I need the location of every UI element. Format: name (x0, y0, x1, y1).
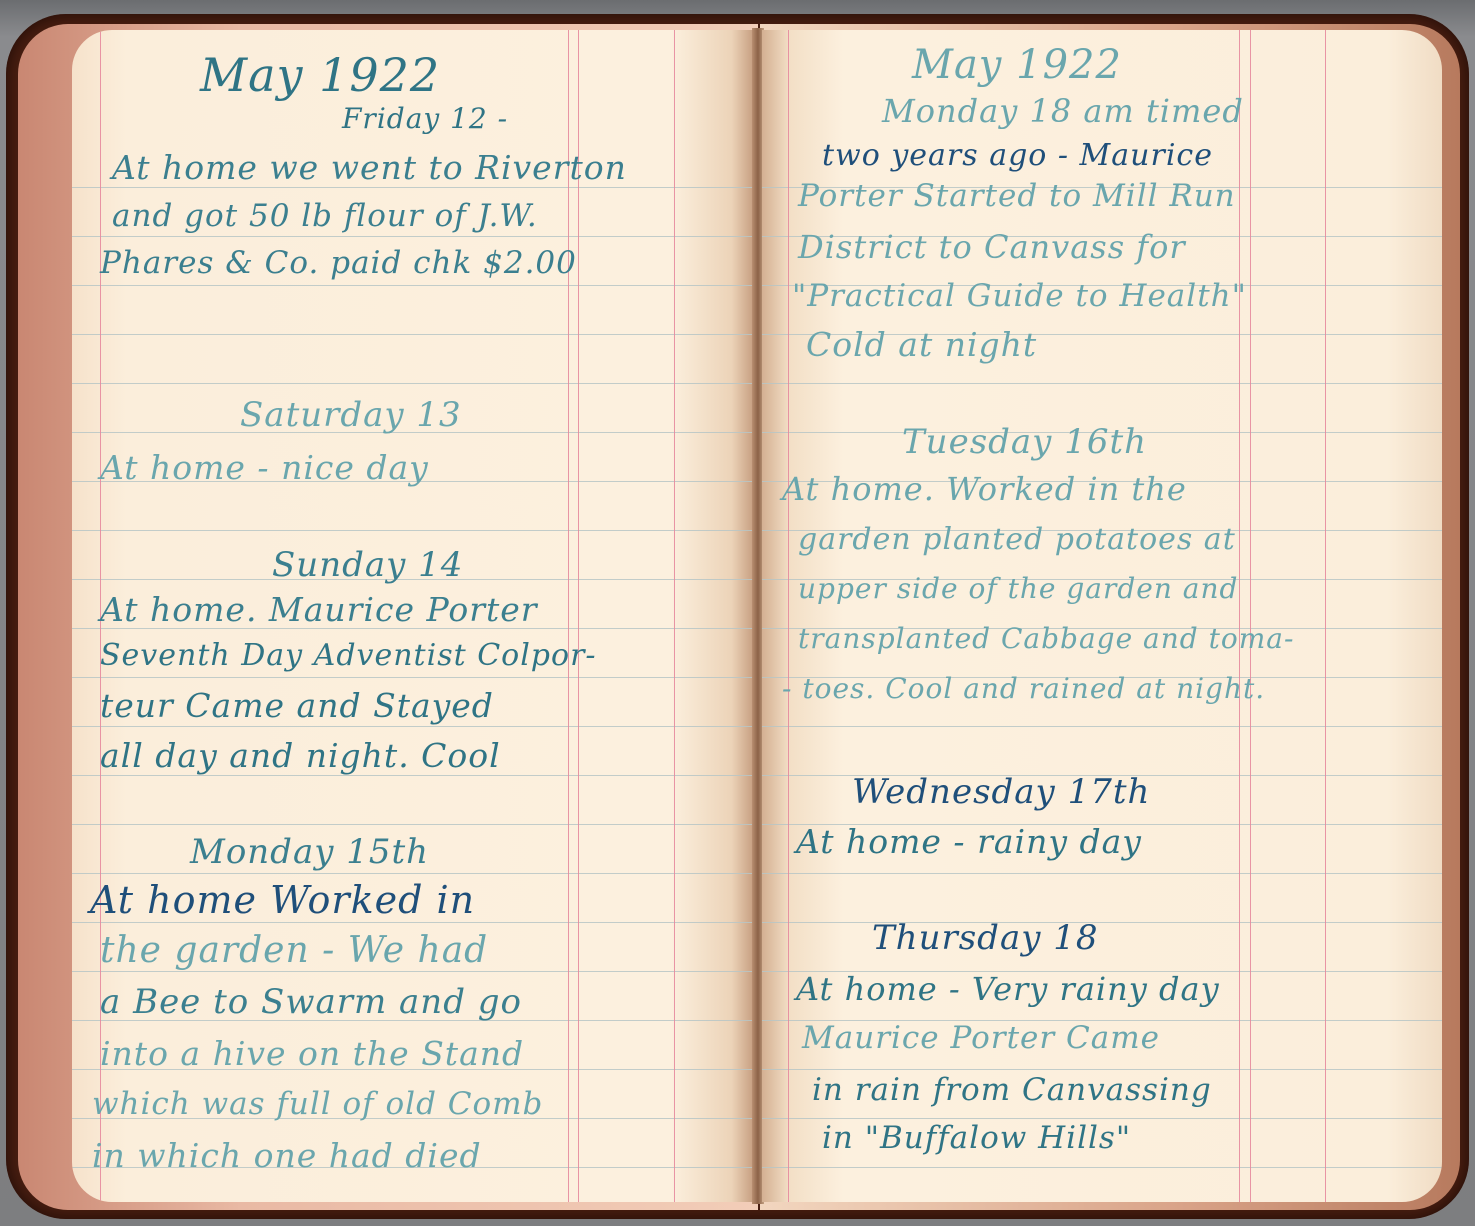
ruled-line (762, 1069, 1442, 1070)
entry-line: Cold at night (806, 325, 1037, 364)
ruled-line (72, 334, 752, 335)
margin-line (1250, 30, 1251, 1202)
right-page: May 1922 Monday 18 am timed two years ag… (762, 30, 1442, 1202)
entry-day: Monday 15th (190, 832, 429, 872)
entry-line: in "Buffalow Hills" (822, 1120, 1131, 1156)
ruled-line (762, 1167, 1442, 1168)
entry-day: Sunday 14 (272, 545, 463, 585)
ruled-line (762, 726, 1442, 727)
entry-line: At home - rainy day (796, 822, 1142, 861)
entry-line: District to Canvass for (798, 228, 1186, 266)
entry-line: a Bee to Swarm and go (100, 982, 522, 1022)
ruled-line (72, 824, 752, 825)
entry-day: Thursday 18 (872, 918, 1099, 958)
ruled-line (72, 922, 752, 923)
entry-day: Wednesday 17th (852, 772, 1150, 812)
entry-line: transplanted Cabbage and toma- (798, 622, 1294, 655)
margin-line (674, 30, 675, 1202)
margin-line (1325, 30, 1326, 1202)
entry-line: Seventh Day Adventist Colpor- (100, 638, 597, 673)
ruled-line (72, 187, 752, 188)
ruled-line (762, 873, 1442, 874)
ruled-line (72, 285, 752, 286)
entry-line: garden planted potatoes at (798, 522, 1236, 557)
margin-line (1239, 30, 1240, 1202)
ruled-line (72, 677, 752, 678)
entry-line: teur Came and Stayed (100, 686, 494, 725)
ruled-line (72, 530, 752, 531)
entry-line: and got 50 lb flour of J.W. (112, 198, 538, 234)
entry-line: At home. Worked in the (782, 470, 1187, 508)
margin-line (788, 30, 789, 1202)
entry-line: which was full of old Comb (92, 1086, 543, 1122)
ruled-line (72, 971, 752, 972)
ruled-line (72, 775, 752, 776)
entry-line: At home. Maurice Porter (100, 590, 538, 629)
ruled-line (762, 922, 1442, 923)
left-page: May 1922 Friday 12 - At home we went to … (72, 30, 752, 1202)
entry-line: "Practical Guide to Health" (792, 278, 1247, 314)
entry-line: the garden - We had (100, 930, 488, 971)
entry-day: Tuesday 16th (902, 422, 1147, 462)
ruled-line (72, 873, 752, 874)
entry-day: Friday 12 - (342, 102, 508, 135)
ruled-line (72, 383, 752, 384)
entry-day: Monday 18 am timed (882, 92, 1244, 130)
entry-line: in which one had died (92, 1136, 482, 1175)
entry-line: Phares & Co. paid chk $2.00 (100, 245, 577, 281)
entry-line: two years ago - Maurice (822, 138, 1213, 173)
month-header: May 1922 (200, 48, 440, 102)
entry-line: At home we went to Riverton (112, 148, 627, 187)
ruled-line (72, 726, 752, 727)
entry-line: upper side of the garden and (798, 572, 1238, 605)
entry-line: all day and night. Cool (100, 736, 501, 775)
entry-line: Porter Started to Mill Run (798, 178, 1236, 214)
entry-line: - toes. Cool and rained at night. (782, 672, 1265, 705)
entry-line: At home Worked in (90, 878, 475, 922)
ruled-line (72, 236, 752, 237)
entry-line: At home - nice day (100, 448, 429, 487)
month-header: May 1922 (912, 42, 1122, 88)
ruled-line (762, 1118, 1442, 1119)
margin-line (578, 30, 579, 1202)
entry-line: in rain from Canvassing (812, 1072, 1212, 1108)
margin-line (568, 30, 569, 1202)
entry-day: Saturday 13 (240, 395, 462, 435)
entry-line: Maurice Porter Came (802, 1020, 1160, 1056)
entry-line: into a hive on the Stand (100, 1034, 524, 1073)
ruled-line (762, 383, 1442, 384)
entry-line: At home - Very rainy day (796, 970, 1220, 1008)
